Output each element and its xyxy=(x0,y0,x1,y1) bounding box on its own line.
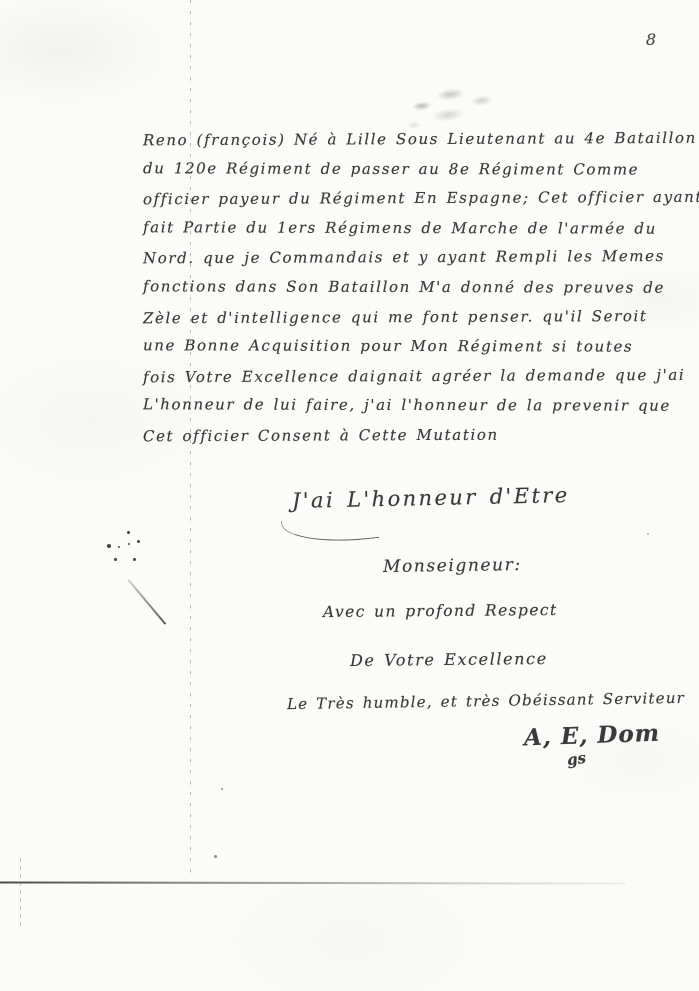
manuscript-line: du 120e Régiment de passer au 8e Régimen… xyxy=(143,159,699,190)
pen-flourish xyxy=(281,511,379,548)
closing-line-excellence: De Votre Excellence xyxy=(350,649,548,670)
letter-body: Reno (françois) Né à Lille Sous Lieutena… xyxy=(143,130,699,456)
manuscript-line: Zèle et d'intelligence qui me font pense… xyxy=(143,306,699,338)
manuscript-line: L'honneur de lui faire, j'ai l'honneur d… xyxy=(143,396,699,427)
manuscript-line: fait Partie du 1ers Régimens de Marche d… xyxy=(143,218,699,249)
ink-speck xyxy=(133,558,136,561)
bottom-left-fold-line xyxy=(20,858,21,928)
manuscript-line: une Bonne Acquisition pour Mon Régiment … xyxy=(143,336,699,367)
ink-speck xyxy=(221,788,223,790)
manuscript-line: Cet officier Consent à Cette Mutation xyxy=(143,425,699,457)
horizontal-fold-line xyxy=(0,881,625,884)
ink-speck xyxy=(118,546,120,548)
faded-stamp-smudge xyxy=(390,75,520,138)
ink-speck xyxy=(128,543,130,545)
ink-speck xyxy=(214,855,217,858)
ink-speck xyxy=(647,533,649,535)
ink-speck xyxy=(137,540,140,543)
manuscript-line: Reno (françois) Né à Lille Sous Lieutena… xyxy=(143,129,699,161)
signature: A, E, Dom xyxy=(524,720,661,752)
closing-line-respect: Avec un profond Respect xyxy=(323,601,558,621)
manuscript-line: Nord. que je Commandais et y ayant Rempl… xyxy=(143,247,699,279)
manuscript-page: 8 Reno (françois) Né à Lille Sous Lieute… xyxy=(0,0,699,991)
closing-line-serviteur: Le Très humble, et très Obéissant Servit… xyxy=(287,689,685,713)
manuscript-line: fonctions dans Son Bataillon M'a donné d… xyxy=(143,277,699,308)
page-number: 8 xyxy=(646,30,657,49)
ink-speck xyxy=(114,558,117,561)
ink-speck xyxy=(107,544,111,548)
ink-speck xyxy=(127,531,130,534)
closing-line-honneur: J'ai L'honneur d'Etre xyxy=(292,483,570,513)
manuscript-line: officier payeur du Régiment En Espagne; … xyxy=(143,188,699,220)
manuscript-line: fois Votre Excellence daignait agréer la… xyxy=(143,366,699,398)
closing-line-monseigneur: Monseigneur: xyxy=(383,555,522,577)
stray-pen-stroke xyxy=(128,579,166,624)
signature-paraph: gs xyxy=(566,749,587,769)
